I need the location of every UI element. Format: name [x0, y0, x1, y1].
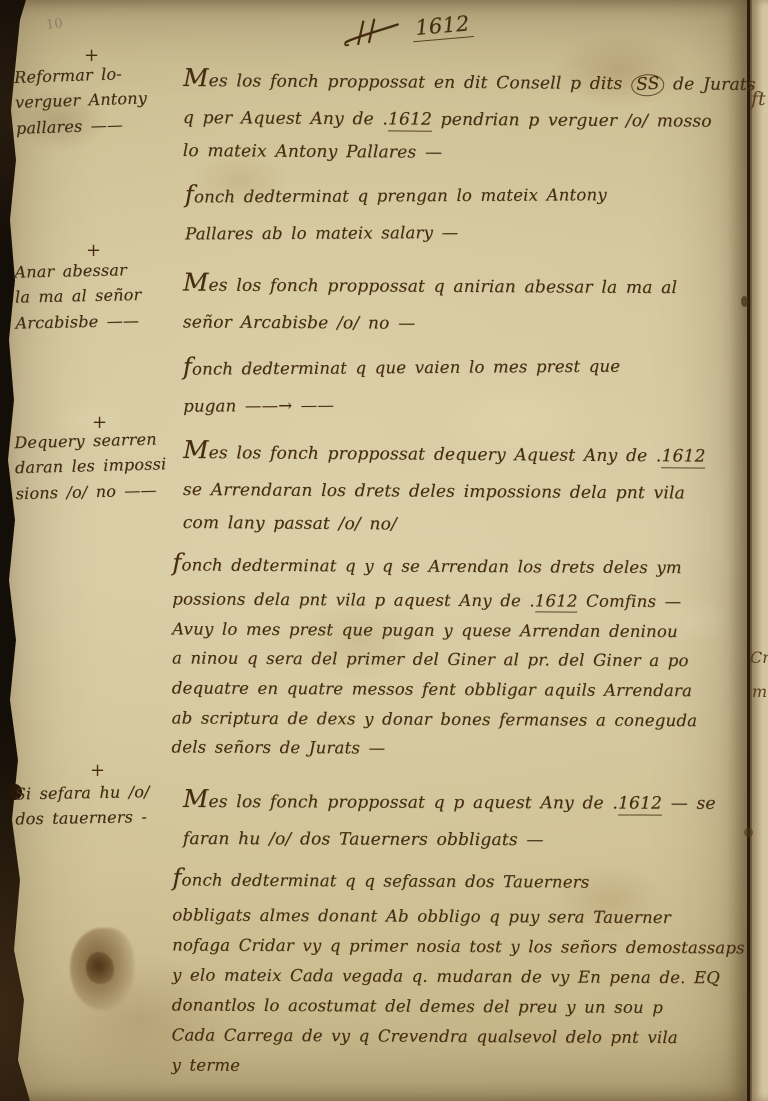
proposal-paragraph: Mes los fonch proppossat q p aquest Any … [183, 775, 768, 858]
margin-note: Si sefara hu /o/dos tauerners - [15, 779, 184, 832]
facing-page-text-fragment: ft [751, 88, 766, 110]
header-flourish-icon [341, 16, 401, 47]
margin-note: Dequery searrendaran les impossisions /o… [14, 426, 184, 506]
proposal-paragraph: Mes los fonch proppossat dequery Aquest … [183, 426, 768, 544]
header-year: 1612 [411, 11, 473, 42]
facing-page-text-fragment: Cr [750, 648, 768, 667]
resolution-paragraph: fonch dedterminat q y q se Arrendan los … [171, 541, 767, 765]
margin-note: Reformar lo-verguer Antonypallares —— [14, 59, 185, 141]
proposal-paragraph: Mes los fonch proppossat en dit Consell … [183, 54, 764, 172]
folio-number: 10 [45, 16, 64, 33]
resolution-paragraph: fonch dedterminat q que vaien lo mes pre… [183, 340, 664, 422]
resolution-paragraph: fonch dedterminat q prengan lo mateix An… [185, 169, 730, 251]
cross-mark-icon: + [90, 760, 105, 781]
manuscript-photo: 10 1612 + Reformar lo-verguer Antonypall… [0, 0, 768, 1101]
facing-page-text-fragment: m [752, 682, 767, 701]
resolution-paragraph: fonch dedterminat q q sefassan dos Tauer… [171, 856, 767, 1083]
margin-note: Anar abessarla ma al señorArcabisbe —— [14, 256, 171, 335]
proposal-paragraph: Mes los fonch proppossat q anirian abess… [183, 258, 758, 342]
ink-blot [86, 952, 114, 984]
